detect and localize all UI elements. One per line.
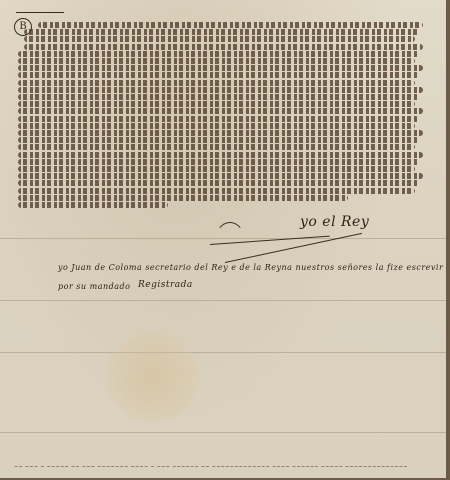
fold-line bbox=[0, 352, 446, 353]
script-line bbox=[18, 202, 168, 208]
script-line bbox=[18, 108, 423, 114]
script-line bbox=[18, 87, 423, 93]
footer-endorsement: ~~ ~~~ ~ ~~~~~ ~~ ~~~ ~~~~~~~ ~~~~ ~ ~~~… bbox=[14, 464, 408, 470]
script-line bbox=[18, 80, 415, 86]
secretary-line: yo Juan de Coloma secretario del Rey e d… bbox=[58, 263, 443, 272]
script-line bbox=[38, 22, 423, 28]
script-line bbox=[24, 36, 415, 42]
fold-line bbox=[0, 432, 446, 433]
script-line bbox=[18, 180, 419, 186]
script-line bbox=[18, 116, 419, 122]
script-line bbox=[18, 173, 423, 179]
script-line bbox=[18, 101, 415, 107]
script-line bbox=[24, 44, 423, 50]
script-line bbox=[18, 159, 419, 165]
script-line bbox=[18, 152, 423, 158]
script-line bbox=[18, 188, 415, 194]
script-line bbox=[18, 137, 419, 143]
script-line bbox=[18, 72, 419, 78]
seal bbox=[105, 332, 200, 422]
manuscript-body bbox=[18, 22, 428, 212]
script-line bbox=[24, 29, 419, 35]
royal-signature: yo el Rey bbox=[300, 214, 369, 230]
signature-flourish bbox=[214, 222, 246, 264]
script-line bbox=[18, 166, 415, 172]
script-line bbox=[18, 65, 423, 71]
script-line bbox=[18, 51, 419, 57]
script-line bbox=[18, 94, 419, 100]
fold-line bbox=[0, 300, 446, 301]
script-line bbox=[18, 123, 415, 129]
secretary-line-2: por su mandado bbox=[58, 282, 130, 291]
script-line bbox=[18, 130, 423, 136]
registration-mark: Registrada bbox=[138, 280, 193, 290]
script-line bbox=[18, 195, 348, 201]
script-line bbox=[18, 58, 415, 64]
top-rule bbox=[16, 12, 64, 13]
manuscript-page: B yo el Rey yo Juan de Coloma secretario… bbox=[0, 0, 446, 478]
script-line bbox=[18, 144, 415, 150]
